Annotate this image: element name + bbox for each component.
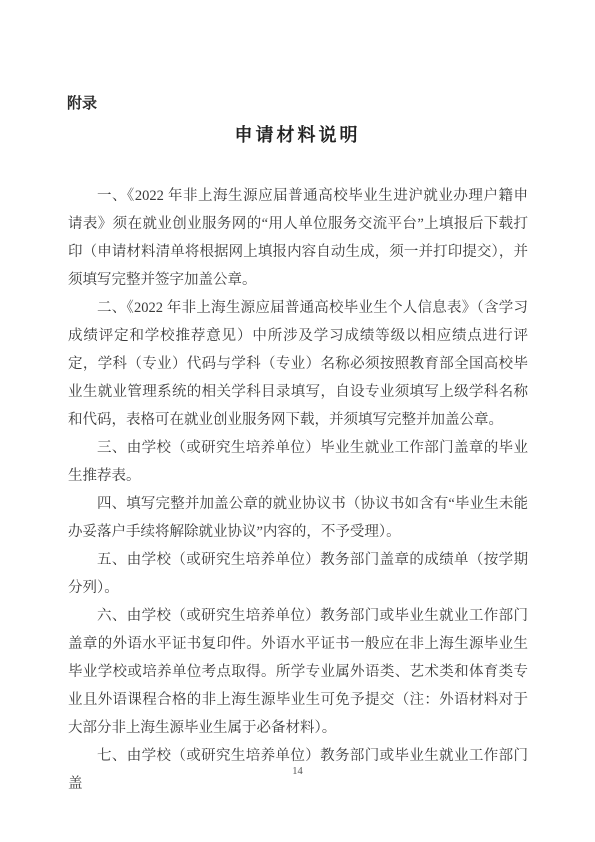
- paragraph: 五、由学校（或研究生培养单位）教务部门盖章的成绩单（按学期分列）。: [68, 546, 528, 602]
- page-number: 14: [0, 766, 595, 777]
- appendix-label: 附录: [67, 92, 97, 113]
- paragraph: 三、由学校（或研究生培养单位）毕业生就业工作部门盖章的毕业生推荐表。: [68, 434, 528, 490]
- paragraph: 二、《2022 年非上海生源应届普通高校毕业生个人信息表》（含学习成绩评定和学校…: [68, 294, 528, 434]
- paragraph: 一、《2022 年非上海生源应届普通高校毕业生进沪就业办理户籍申请表》须在就业创…: [68, 182, 528, 294]
- document-body: 一、《2022 年非上海生源应届普通高校毕业生进沪就业办理户籍申请表》须在就业创…: [68, 182, 528, 798]
- paragraph: 四、填写完整并加盖公章的就业协议书（协议书如含有“毕业生未能办妥落户手续将解除就…: [68, 490, 528, 546]
- paragraph: 六、由学校（或研究生培养单位）教务部门或毕业生就业工作部门盖章的外语水平证书复印…: [68, 602, 528, 742]
- document-page: 附录 申请材料说明 一、《2022 年非上海生源应届普通高校毕业生进沪就业办理户…: [0, 0, 595, 842]
- document-title: 申请材料说明: [0, 121, 595, 147]
